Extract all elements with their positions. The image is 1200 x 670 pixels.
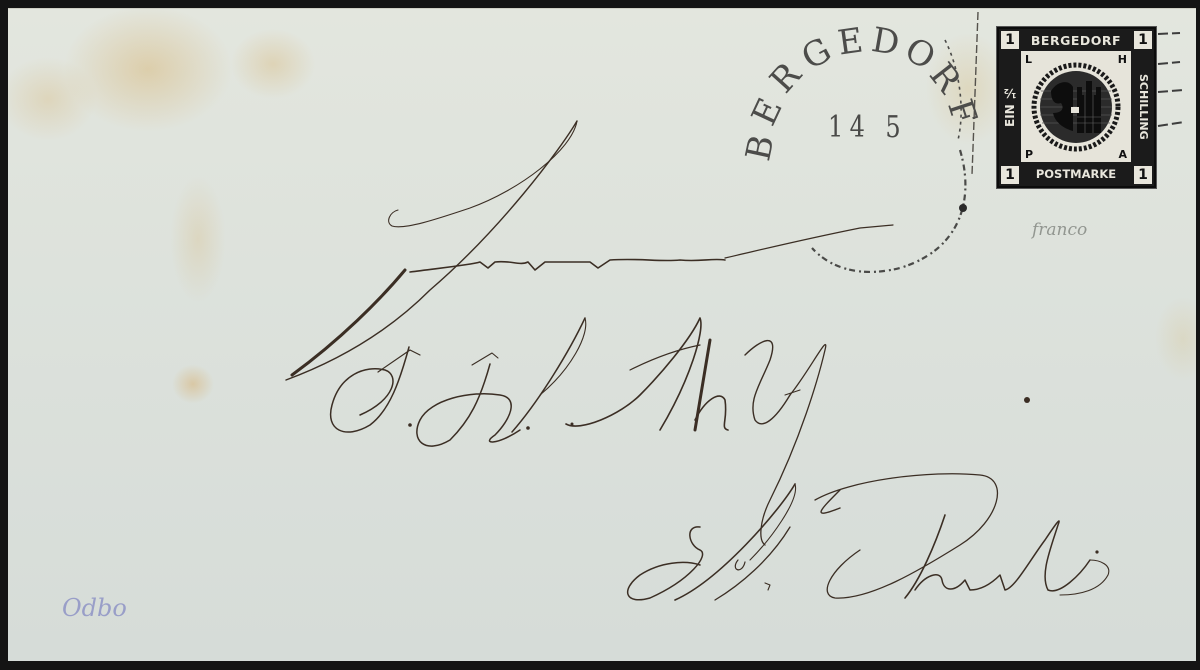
manuscript-address	[0, 0, 1200, 670]
pencil-annotation-bottom-left: Odbo	[62, 594, 127, 622]
scene: B E R G E D O R F 14 5 1 1 1 1 BERGEDORF…	[0, 0, 1200, 670]
handwriting-line1	[286, 121, 893, 380]
pencil-annotation-franco: franco	[1032, 220, 1087, 240]
handwriting-line3	[628, 474, 1109, 600]
handwriting-line2	[331, 318, 1030, 545]
